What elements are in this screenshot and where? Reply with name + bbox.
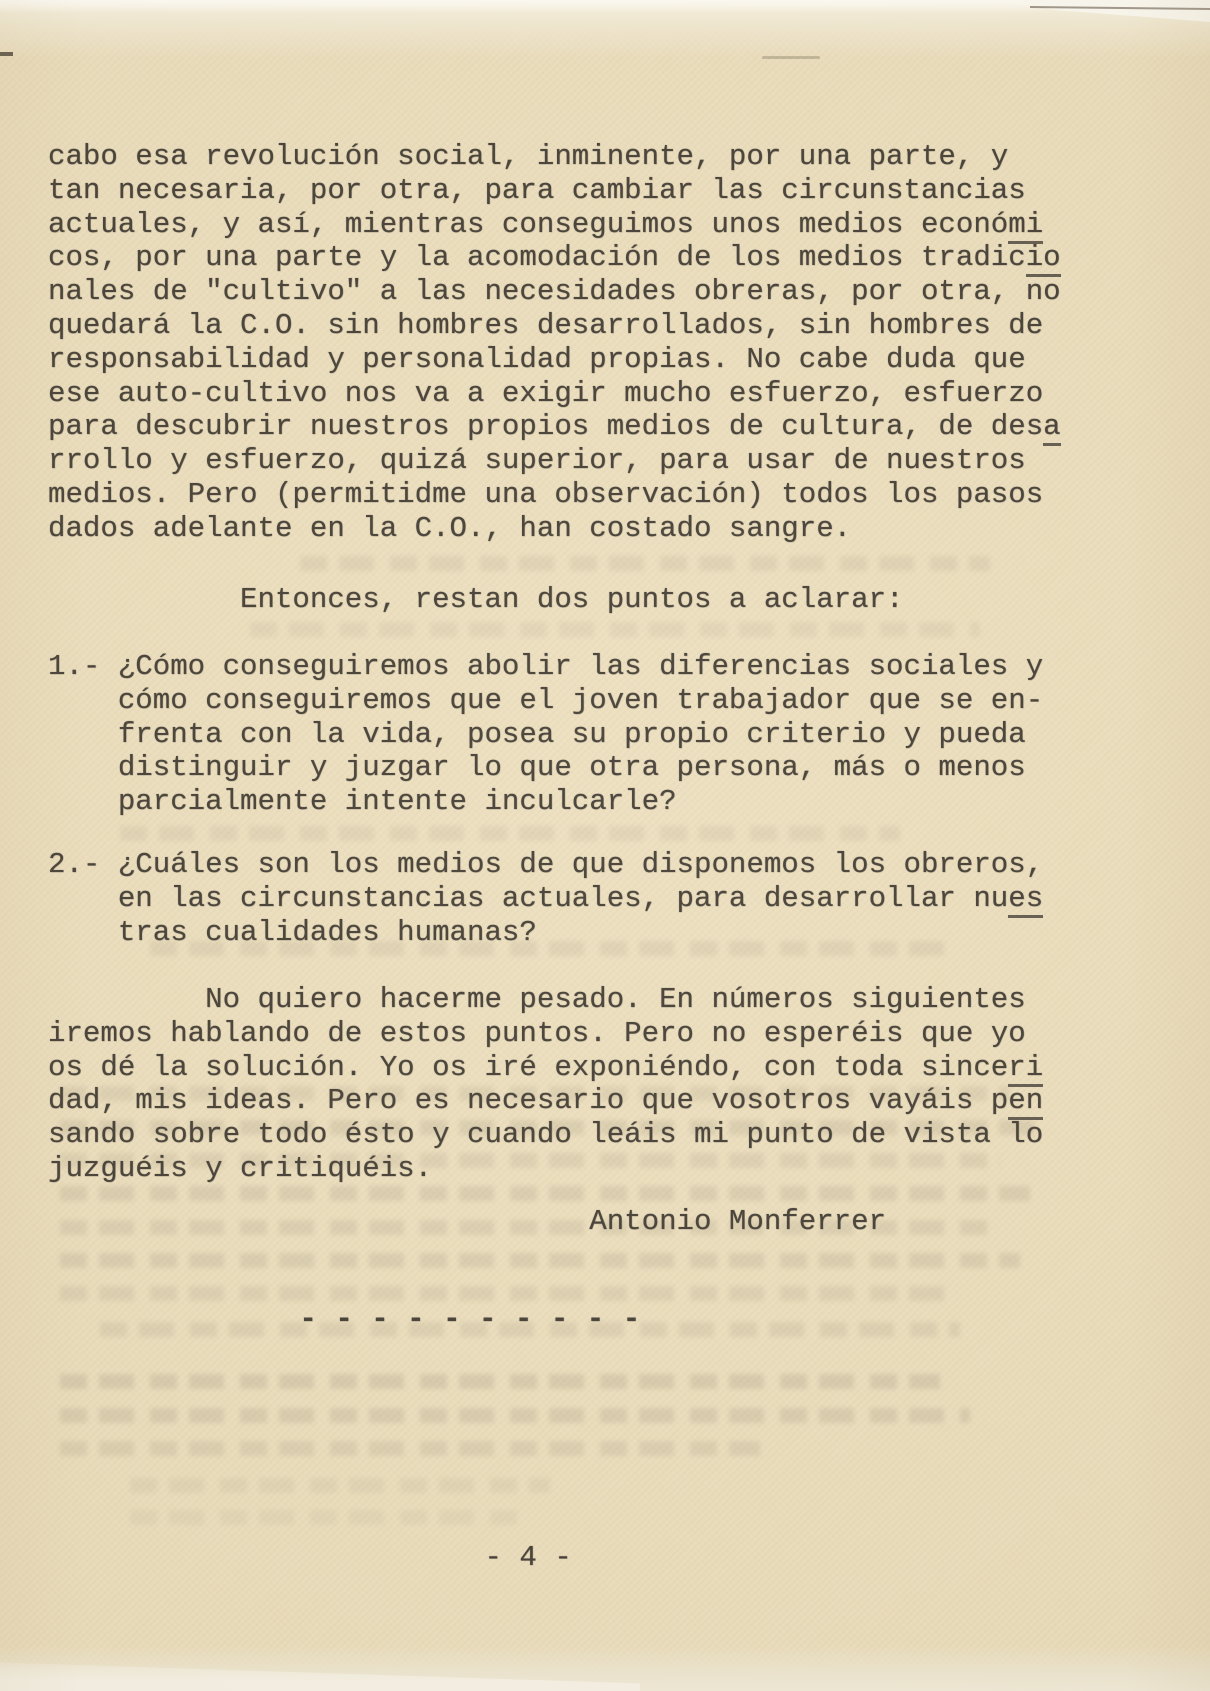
closing-paragraph: No quiero hacerme pesado. En números sig…: [48, 983, 1043, 1186]
typed-line: cos, por una parte y la acomodación de l…: [48, 241, 1061, 275]
typed-line: juzguéis y critiquéis.: [48, 1152, 1043, 1186]
typed-line: quedará la C.O. sin hombres desarrollado…: [48, 309, 1061, 343]
scanned-typewritten-page: cabo esa revolución social, inminente, p…: [0, 0, 1210, 1691]
bleedthrough-ghost-line: [60, 1186, 1030, 1201]
typed-line: os dé la solución. Yo os iré exponiéndo,…: [48, 1051, 1043, 1085]
bleedthrough-ghost-line: [250, 622, 980, 637]
author-signature: Antonio Monferrer: [48, 1205, 886, 1239]
typed-line: parcialmente intente inculcarle?: [48, 785, 1043, 819]
typed-line: rrollo y esfuerzo, quizá superior, para …: [48, 444, 1061, 478]
bleedthrough-ghost-line: [60, 1408, 970, 1423]
typed-line: No quiero hacerme pesado. En números sig…: [48, 983, 1043, 1017]
numbered-item-2: 2.- ¿Cuáles son los medios de que dispon…: [48, 848, 1043, 949]
bleedthrough-ghost-line: [130, 1510, 520, 1525]
typed-line: iremos hablando de estos puntos. Pero no…: [48, 1017, 1043, 1051]
typed-line: dados adelante en la C.O., han costado s…: [48, 512, 1061, 546]
bleedthrough-ghost-line: [60, 1441, 760, 1456]
typed-line: ese auto-cultivo nos va a exigir mucho e…: [48, 377, 1061, 411]
typed-line: 2.- ¿Cuáles son los medios de que dispon…: [48, 848, 1043, 882]
bleedthrough-ghost-line: [120, 826, 900, 841]
typed-line: actuales, y así, mientras conseguimos un…: [48, 208, 1061, 242]
typed-line: distinguir y juzgar lo que otra persona,…: [48, 751, 1043, 785]
typed-divider: - - - - - - - - - -: [48, 1303, 641, 1337]
left-edge-mark: [0, 52, 13, 56]
section-heading: Entonces, restan dos puntos a aclarar:: [48, 583, 904, 617]
typed-line: sando sobre todo ésto y cuando leáis mi …: [48, 1118, 1043, 1152]
typed-line: 1.- ¿Cómo conseguiremos abolir las difer…: [48, 650, 1043, 684]
faint-crease-dash: [762, 56, 820, 59]
numbered-item-1: 1.- ¿Cómo conseguiremos abolir las difer…: [48, 650, 1043, 819]
bleedthrough-ghost-line: [130, 1478, 550, 1493]
typed-line: tras cualidades humanas?: [48, 916, 1043, 950]
typed-line: para descubrir nuestros propios medios d…: [48, 410, 1061, 444]
typed-line: en las circunstancias actuales, para des…: [48, 882, 1043, 916]
typed-line: nales de "cultivo" a las necesidades obr…: [48, 275, 1061, 309]
bleedthrough-ghost-line: [60, 1253, 1020, 1268]
bleedthrough-ghost-line: [60, 1374, 940, 1389]
typed-line: medios. Pero (permitidme una observación…: [48, 478, 1061, 512]
typed-line: cómo conseguiremos que el joven trabajad…: [48, 684, 1043, 718]
bleedthrough-ghost-line: [300, 556, 990, 571]
page-number: - 4 -: [48, 1541, 572, 1575]
typed-line: cabo esa revolución social, inminente, p…: [48, 140, 1061, 174]
typed-line: frenta con la vida, posea su propio crit…: [48, 718, 1043, 752]
typed-line: responsabilidad y personalidad propias. …: [48, 343, 1061, 377]
opening-paragraph: cabo esa revolución social, inminente, p…: [48, 140, 1061, 546]
typed-line: dad, mis ideas. Pero es necesario que vo…: [48, 1084, 1043, 1118]
typed-line: tan necesaria, por otra, para cambiar la…: [48, 174, 1061, 208]
bleedthrough-ghost-line: [60, 1286, 960, 1301]
